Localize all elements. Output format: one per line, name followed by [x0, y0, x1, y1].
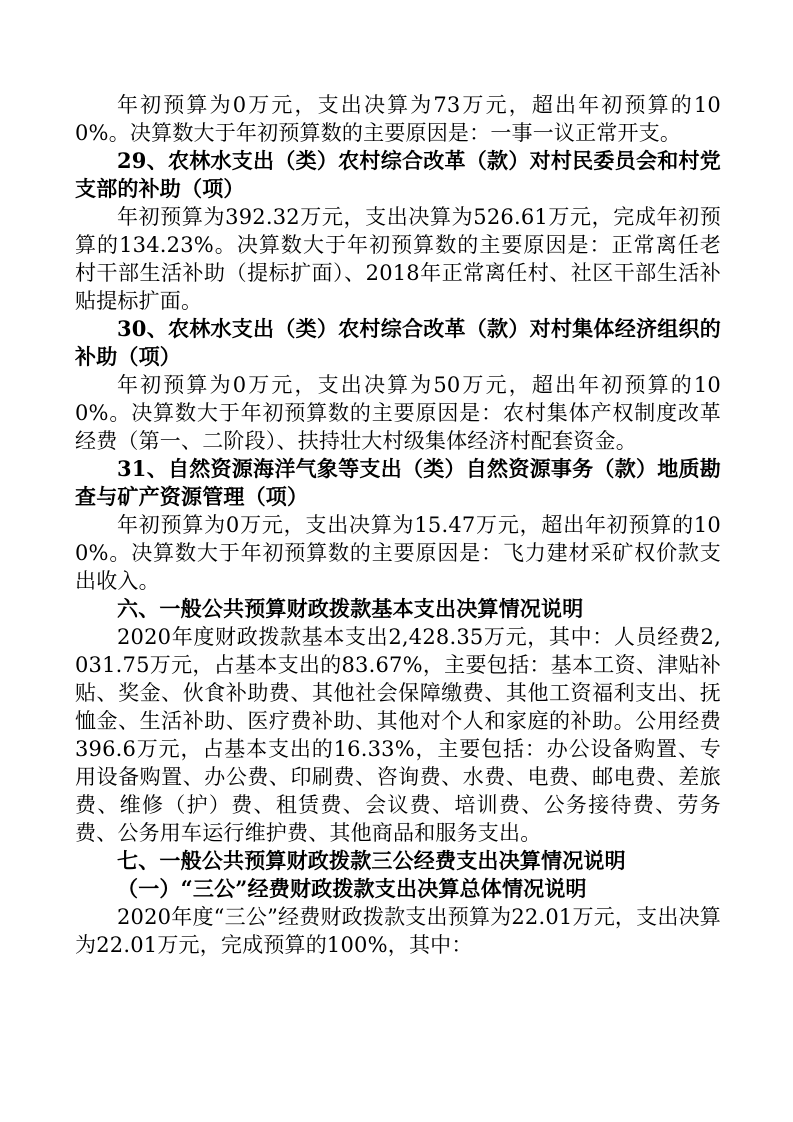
section-heading-29: 29、农林水支出（类）农村综合改革（款）对村民委员会和村党支部的补助（项）	[75, 147, 721, 203]
section-heading-30: 30、农林水支出（类）农村综合改革（款）对村集体经济组织的补助（项）	[75, 315, 721, 371]
paragraph-sangong-overview: 2020年度“三公”经费财政拨款支出预算为22.01万元，支出决算为22.01万…	[75, 903, 721, 959]
paragraph-budget-15-47: 年初预算为0万元，支出决算为15.47万元，超出年初预算的100%。决算数大于年…	[75, 511, 721, 595]
document-page: 年初预算为0万元，支出决算为73万元，超出年初预算的100%。决算数大于年初预算…	[0, 0, 793, 1122]
paragraph-budget-392: 年初预算为392.32万元，支出决算为526.61万元，完成年初预算的134.2…	[75, 203, 721, 315]
section-heading-7-1: （一）“三公”经费财政拨款支出决算总体情况说明	[75, 875, 721, 903]
section-heading-7: 七、一般公共预算财政拨款三公经费支出决算情况说明	[75, 847, 721, 875]
section-heading-31: 31、自然资源海洋气象等支出（类）自然资源事务（款）地质勘查与矿产资源管理（项）	[75, 455, 721, 511]
paragraph-budget-73: 年初预算为0万元，支出决算为73万元，超出年初预算的100%。决算数大于年初预算…	[75, 91, 721, 147]
paragraph-basic-expenditure: 2020年度财政拨款基本支出2,428.35万元，其中：人员经费2,031.75…	[75, 623, 721, 847]
section-heading-6: 六、一般公共预算财政拨款基本支出决算情况说明	[75, 595, 721, 623]
paragraph-budget-50: 年初预算为0万元，支出决算为50万元，超出年初预算的100%。决算数大于年初预算…	[75, 371, 721, 455]
